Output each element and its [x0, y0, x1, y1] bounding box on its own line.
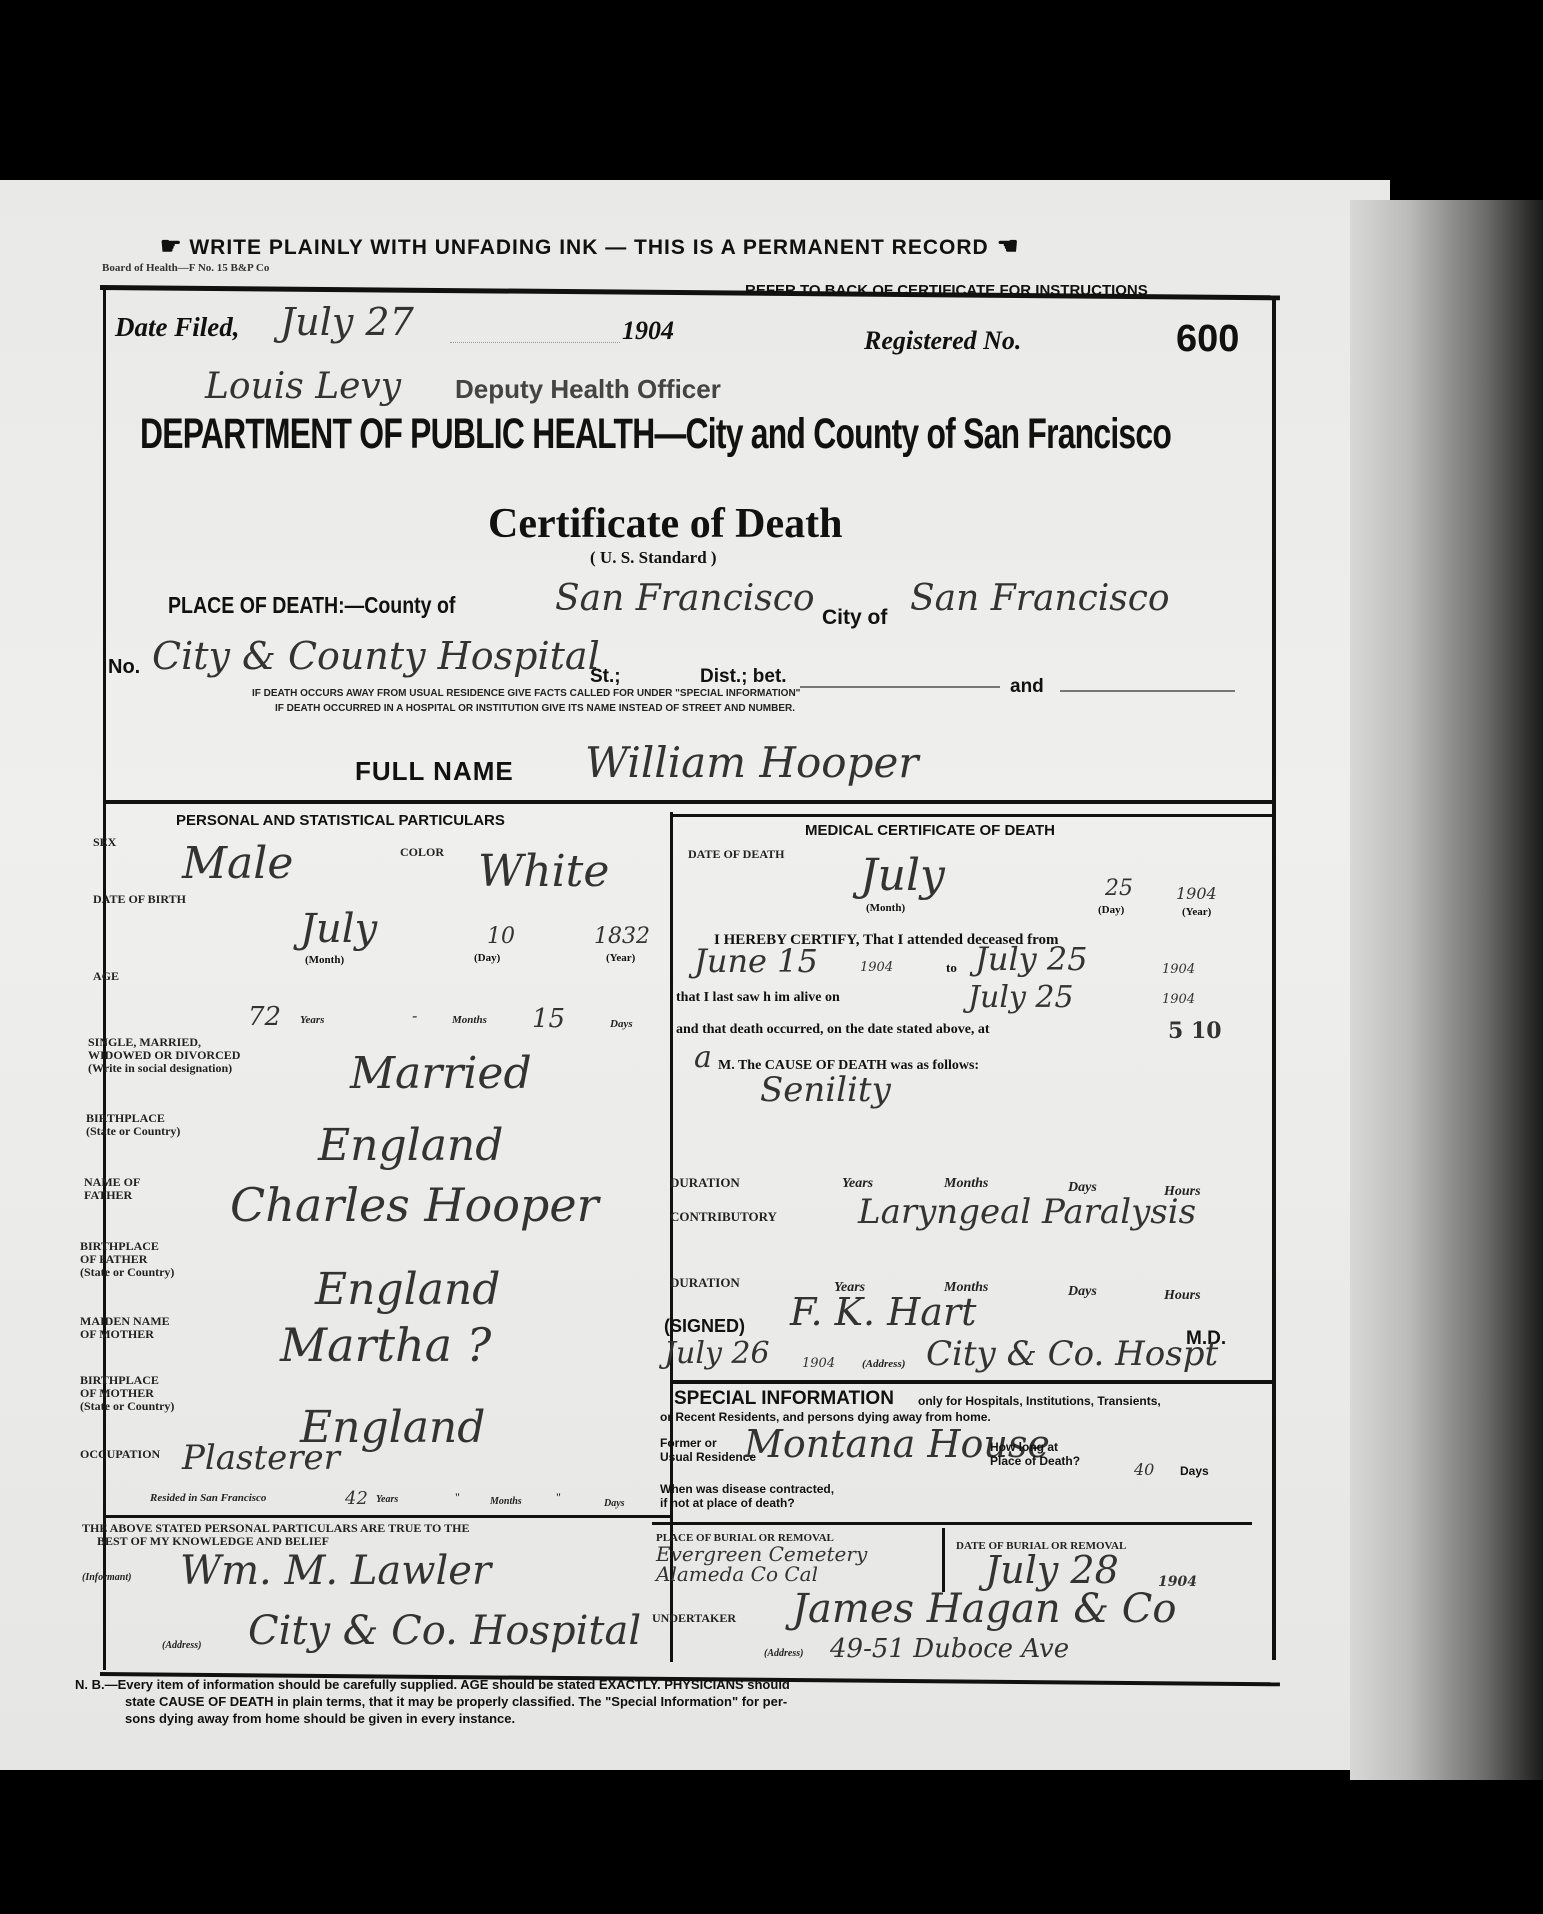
district-label: Dist.; bet. [700, 666, 787, 688]
registered-number: 600 [1176, 318, 1239, 361]
registered-label: Registered No. [864, 326, 1021, 356]
dob-day: 10 [487, 924, 515, 949]
sex-label: SEX [93, 836, 116, 849]
signed-date: July 26 [664, 1336, 770, 1371]
medical-top-rule [672, 814, 1272, 817]
age-years-caption: Years [300, 1014, 324, 1026]
standard-subtitle: ( U. S. Standard ) [590, 548, 717, 568]
duration-hours-label-2: Hours [1164, 1288, 1201, 1304]
occupation-label: OCCUPATION [80, 1448, 160, 1461]
mother-birthplace-label: BIRTHPLACE OF MOTHER (State or Country) [80, 1374, 174, 1413]
age-months-caption: Months [452, 1014, 487, 1026]
form-right-border [1272, 300, 1276, 1660]
city-value: San Francisco [910, 578, 1170, 619]
to-label: to [946, 960, 957, 976]
dod-year-caption: (Year) [1182, 906, 1211, 918]
special-rule [672, 1380, 1272, 1384]
resided-years-caption: Years [376, 1494, 398, 1505]
dod-year: 1904 [1176, 884, 1217, 903]
book-spine [1350, 200, 1543, 1780]
sex-value: Male [182, 838, 293, 889]
attended-to: July 25 [975, 940, 1088, 978]
cause-value: Senility [760, 1070, 891, 1110]
color-label: COLOR [400, 846, 444, 859]
banner: ☛ WRITE PLAINLY WITH UNFADING INK — THIS… [160, 232, 1018, 261]
full-name-value: William Hooper [585, 738, 918, 787]
mother-name-label: MAIDEN NAME OF MOTHER [80, 1315, 170, 1341]
medical-heading: MEDICAL CERTIFICATE OF DEATH [805, 822, 1055, 839]
how-long-unit: Days [1180, 1464, 1209, 1478]
duration-label-2: DURATION [670, 1276, 740, 1289]
and-line [1060, 690, 1235, 692]
dob-label: DATE OF BIRTH [93, 893, 186, 906]
officer-signature: Louis Levy [205, 366, 401, 407]
father-name-value: Charles Hooper [230, 1178, 599, 1232]
dod-label: DATE OF DEATH [688, 848, 784, 861]
age-days-caption: Days [610, 1018, 633, 1030]
personal-heading: PERSONAL AND STATISTICAL PARTICULARS [176, 812, 505, 829]
undertaker-label: UNDERTAKER [652, 1612, 736, 1625]
birthplace-label: BIRTHPLACE (State or Country) [86, 1112, 180, 1138]
attended-from-year: 1904 [860, 960, 893, 975]
date-filed-line [450, 342, 620, 343]
dod-month-caption: (Month) [866, 902, 905, 914]
contracted-label: When was disease contracted, if not at p… [660, 1482, 834, 1510]
county-value: San Francisco [555, 578, 815, 619]
duration-months-label-1: Months [944, 1176, 988, 1192]
duration-label-1: DURATION [670, 1176, 740, 1189]
father-birthplace-label: BIRTHPLACE OF FATHER (State or Country) [80, 1240, 174, 1279]
date-filed-label: Date Filed, [115, 312, 239, 343]
certificate-title: Certificate of Death [488, 500, 843, 548]
dob-day-caption: (Day) [474, 952, 500, 964]
marital-value: Married [350, 1048, 532, 1099]
father-name-label: NAME OF FATHER [84, 1176, 140, 1202]
mother-name-value: Martha ? [280, 1318, 491, 1372]
department-title: DEPARTMENT OF PUBLIC HEALTH—City and Cou… [140, 410, 1171, 459]
last-saw-date: July 25 [968, 980, 1074, 1015]
district-line [800, 686, 1000, 688]
last-saw-year: 1904 [1162, 992, 1195, 1007]
informant-name: Wm. M. Lawler [180, 1548, 491, 1594]
attended-to-year: 1904 [1162, 962, 1195, 977]
last-saw-text: that I last saw h im alive on [676, 990, 840, 1006]
informant-rule [106, 1515, 670, 1518]
street-label: St.; [590, 666, 621, 688]
father-birthplace-value: England [315, 1264, 500, 1315]
undertaker-address: 49-51 Duboce Ave [830, 1634, 1069, 1664]
physician-address: City & Co. Hospt [926, 1334, 1218, 1374]
duration-years-label-1: Years [842, 1176, 873, 1192]
pointing-hand-icon: ☛ [996, 232, 1019, 261]
section-rule [106, 800, 1276, 804]
resided-years: 42 [345, 1488, 368, 1509]
dod-day: 25 [1105, 876, 1133, 901]
physician-signature: F. K. Hart [790, 1290, 976, 1334]
age-days: 15 [532, 1004, 565, 1034]
attended-from: June 15 [694, 942, 818, 980]
resided-months-caption: Months [490, 1496, 522, 1507]
place-note-2: IF DEATH OCCURRED IN A HOSPITAL OR INSTI… [275, 703, 795, 714]
dob-year: 1832 [594, 924, 650, 949]
burial-rule [652, 1522, 1252, 1525]
resided-days-caption: Days [604, 1498, 625, 1509]
footer-note: N. B.—Every item of information should b… [75, 1676, 790, 1727]
how-long-label: How long at Place of Death? [990, 1440, 1080, 1468]
age-label: AGE [93, 970, 119, 983]
informant-address-label: (Address) [162, 1640, 201, 1651]
occurred-text: and that death occurred, on the date sta… [676, 1022, 990, 1038]
date-filed-value: July 27 [280, 300, 414, 344]
date-filed-year: 1904 [622, 316, 674, 346]
institution-value: City & County Hospital [152, 634, 600, 678]
burial-place: Evergreen Cemetery Alameda Co Cal [656, 1544, 867, 1584]
marital-label: SINGLE, MARRIED, WIDOWED OR DIVORCED (Wr… [88, 1036, 240, 1075]
am-pm: a [694, 1040, 712, 1075]
age-years: 72 [248, 1002, 281, 1032]
informant-address: City & Co. Hospital [248, 1608, 641, 1654]
dod-month: July [860, 850, 945, 901]
dob-month-caption: (Month) [305, 954, 344, 966]
contributory-value: Laryngeal Paralysis [858, 1192, 1196, 1232]
dob-year-caption: (Year) [606, 952, 635, 964]
no-label: No. [108, 656, 140, 679]
place-note-1: IF DEATH OCCURS AWAY FROM USUAL RESIDENC… [252, 688, 800, 699]
residence-label: Former or Usual Residence [660, 1436, 756, 1464]
form-id: Board of Health—F No. 15 B&P Co [102, 262, 269, 274]
special-heading-note: only for Hospitals, Institutions, Transi… [918, 1394, 1161, 1408]
full-name-label: FULL NAME [355, 756, 514, 787]
special-heading: SPECIAL INFORMATION [674, 1388, 894, 1410]
color-value: White [478, 846, 609, 897]
age-months: - [412, 1006, 417, 1025]
city-label: City of [822, 606, 887, 630]
contributory-label: CONTRIBUTORY [670, 1210, 777, 1223]
undertaker-value: James Hagan & Co [792, 1586, 1176, 1632]
birthplace-value: England [318, 1120, 503, 1171]
and-label: and [1010, 676, 1044, 698]
death-time: 5 10 [1168, 1018, 1222, 1044]
officer-title: Deputy Health Officer [455, 374, 721, 405]
how-long-value: 40 [1134, 1460, 1154, 1479]
informant-label: (Informant) [82, 1572, 131, 1583]
dod-day-caption: (Day) [1098, 904, 1124, 916]
resided-months: " [455, 1490, 460, 1505]
signed-label: (SIGNED) [664, 1316, 745, 1337]
burial-divider [942, 1528, 945, 1592]
pointing-hand-icon: ☛ [160, 233, 183, 260]
signed-year: 1904 [802, 1356, 835, 1371]
resided-days: " [556, 1490, 561, 1505]
informant-statement: THE ABOVE STATED PERSONAL PARTICULARS AR… [82, 1522, 469, 1548]
place-of-death-label: PLACE OF DEATH:—County of [168, 592, 455, 619]
dob-month: July [300, 906, 377, 952]
duration-days-label-2: Days [1068, 1284, 1097, 1300]
occupation-value: Plasterer [182, 1438, 340, 1478]
undertaker-address-label: (Address) [764, 1648, 803, 1659]
resided-label: Resided in San Francisco [150, 1492, 266, 1504]
physician-address-label: (Address) [862, 1358, 905, 1370]
